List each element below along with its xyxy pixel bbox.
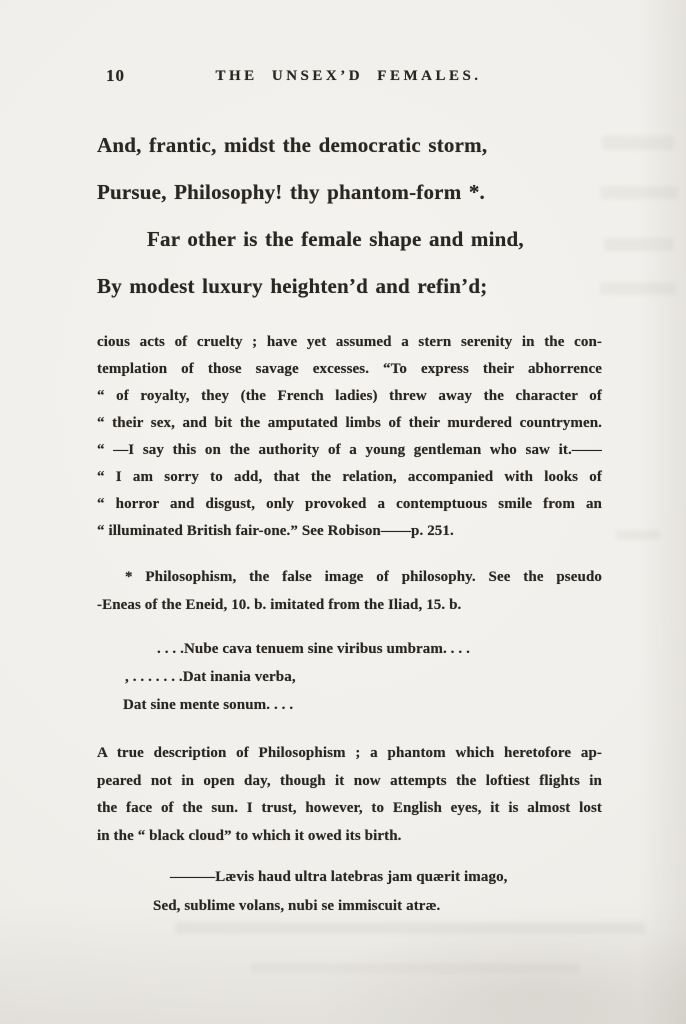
latin-quotation-first: . . . .Nube cava tenuem sine viribus umb… — [97, 635, 602, 719]
footnote-line: templation of those savage excesses. “To… — [97, 356, 602, 383]
commentary-line: in the “ black cloud” to which it owed i… — [97, 823, 602, 851]
poem-line: And, frantic, midst the democratic storm… — [97, 122, 642, 169]
showthrough-text-line — [175, 922, 645, 934]
poem-line: By modest luxury heighten’d and refin’d; — [97, 263, 642, 310]
latin-line: Dat sine mente sonum. . . . — [97, 691, 602, 719]
showthrough-smudge — [616, 530, 660, 540]
footnote-line: “ I am sorry to add, that the relation, … — [97, 464, 602, 491]
poem-line: Pursue, Philosophy! thy phantom-form *. — [97, 169, 642, 216]
commentary-line: the face of the sun. I trust, however, t… — [97, 795, 602, 823]
poem-line: Far other is the female shape and mind, — [97, 216, 642, 263]
footnote-line: “ —I say this on the authority of a youn… — [97, 437, 602, 464]
asterisk-note-line: -Eneas of the Eneid, 10. b. imitated fro… — [97, 592, 602, 620]
commentary-line: peared not in open day, though it now at… — [97, 768, 602, 796]
footnote-continuation: cious acts of cruelty ; have yet assumed… — [97, 329, 602, 545]
footnote-line: cious acts of cruelty ; have yet assumed… — [97, 329, 602, 356]
footnote-line: “ their sex, and bit the amputated limbs… — [97, 410, 602, 437]
latin-line: Sed, sublime volans, nubi se immiscuit a… — [97, 892, 602, 921]
commentary-line: A true description of Philosophism ; a p… — [97, 740, 602, 768]
footnote-line: “ of royalty, they (the French ladies) t… — [97, 383, 602, 410]
latin-line: . . . .Nube cava tenuem sine viribus umb… — [97, 635, 602, 663]
showthrough-smudge — [250, 963, 580, 973]
asterisk-note: * Philosophism, the false image of philo… — [97, 564, 602, 619]
latin-line: ———Lævis haud ultra latebras jam quærit … — [97, 863, 602, 892]
asterisk-note-line: * Philosophism, the false image of philo… — [97, 564, 602, 592]
latin-quotation-second: ———Lævis haud ultra latebras jam quærit … — [97, 863, 602, 920]
footnote-line: “ horror and disgust, only provoked a co… — [97, 491, 602, 518]
latin-line: , . . . . . . .Dat inania verba, — [97, 663, 602, 691]
poem-stanza: And, frantic, midst the democratic storm… — [97, 122, 642, 310]
footnote-line: “ illuminated British fair-one.” See Rob… — [97, 518, 602, 545]
book-page-scan: 10 THE UNSEX’D FEMALES. And, frantic, mi… — [0, 0, 686, 1024]
commentary-paragraph: A true description of Philosophism ; a p… — [97, 740, 602, 850]
running-title: THE UNSEX’D FEMALES. — [97, 68, 600, 85]
